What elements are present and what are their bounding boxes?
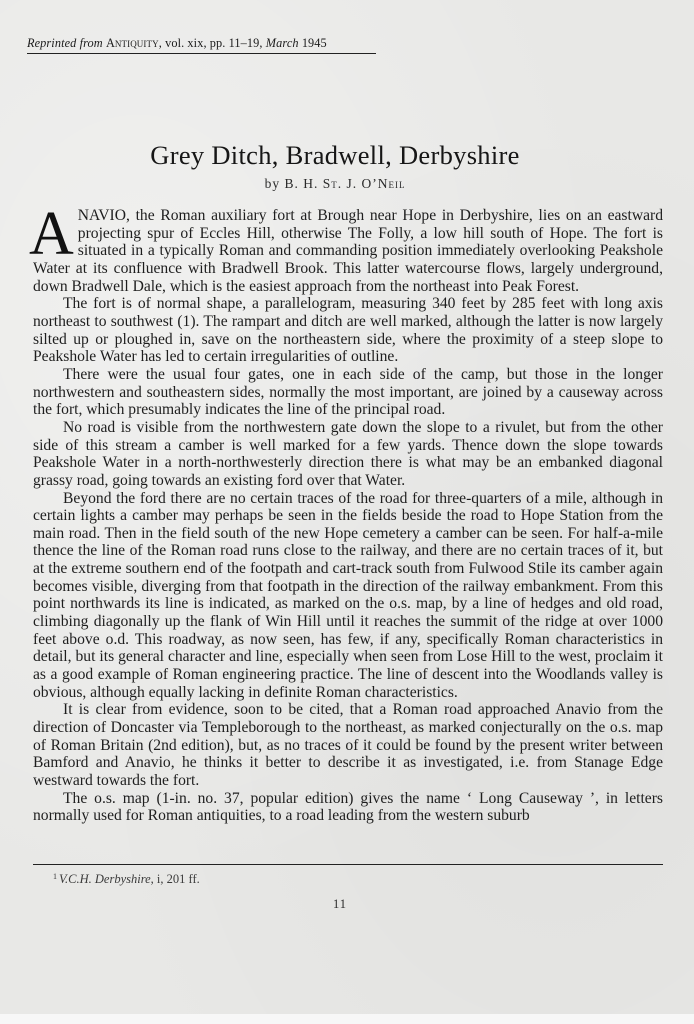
drop-cap: A [29,209,74,259]
issue-month: March [266,36,299,50]
byline: by B. H. St. J. O’Neil [0,176,670,192]
journal-name: Antiquity [106,36,159,50]
footnote-marker: 1 [53,872,57,881]
paragraph-7: The o.s. map (1-in. no. 37, popular edit… [33,790,663,825]
paragraph-1: ANAVIO, the Roman auxiliary fort at Brou… [33,207,663,295]
footnote-ref: , i, 201 ff. [151,872,200,886]
footnote: 1V.C.H. Derbyshire, i, 201 ff. [53,872,200,887]
paragraph-5: Beyond the ford there are no certain tra… [33,490,663,702]
volume-pages: , vol. xix, pp. 11–19, [159,36,263,50]
paragraph-2: The fort is of normal shape, a parallelo… [33,295,663,366]
paragraph-6: It is clear from evidence, soon to be ci… [33,701,663,789]
footnote-rule [33,864,663,865]
article-body: ANAVIO, the Roman auxiliary fort at Brou… [33,207,663,825]
reprint-header: Reprinted from Antiquity, vol. xix, pp. … [27,36,376,54]
issue-year: 1945 [302,36,327,50]
scan-edge [0,1014,694,1024]
article-title: Grey Ditch, Bradwell, Derbyshire [0,140,670,171]
footnote-source: V.C.H. Derbyshire [59,872,151,886]
paragraph-3: There were the usual four gates, one in … [33,366,663,419]
byline-prefix: by [265,176,281,191]
page-number: 11 [0,897,680,912]
reprint-prefix: Reprinted from [27,36,103,50]
paragraph-text: NAVIO, the Roman auxiliary fort at Broug… [33,207,663,295]
author-name: B. H. St. J. O’Neil [284,176,405,191]
paragraph-4: No road is visible from the northwestern… [33,419,663,490]
